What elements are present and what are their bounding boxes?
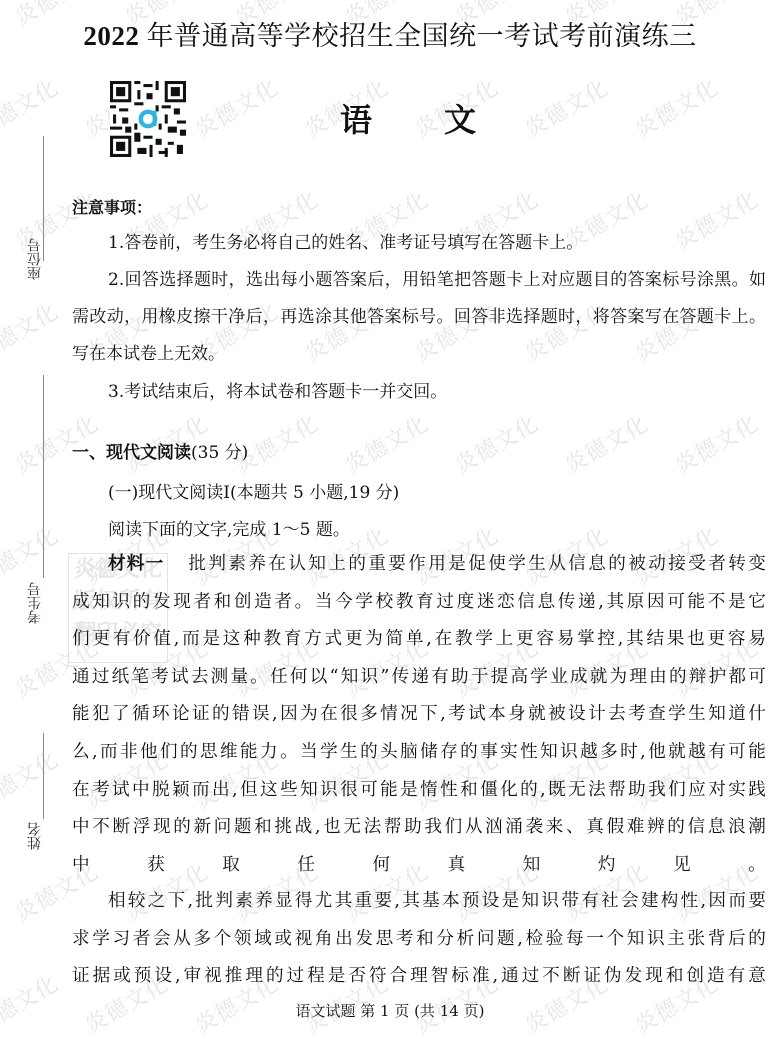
section-score: (35 分): [191, 443, 248, 463]
notice-item: 3.考试结束后，将本试卷和答题卡一并交回。: [72, 374, 766, 411]
material-one-continued: 相较之下,批判素养显得尤其重要,其基本预设是知识带有社会建构性,因而要求学习者会…: [72, 883, 768, 996]
notice-item: 2.回答选择题时，选出每小题答案后，用铅笔把答题卡上对应题目的答案标号涂黑。如需…: [72, 262, 766, 373]
qr-code-icon[interactable]: [110, 81, 186, 157]
seat-number-label: 座位号: [25, 238, 45, 280]
reading-instruction: 阅读下面的文字,完成 1～5 题。: [108, 515, 350, 540]
subject-title: 语文: [340, 95, 548, 141]
exam-title-text: 年普通高等学校招生全国统一考试考前演练三: [139, 21, 696, 51]
exam-number-line[interactable]: [43, 375, 44, 578]
material-one: 材料一 批判素养在认知上的重要作用是促使学生从信息的被动接受者转变成知识的发现者…: [72, 546, 768, 884]
name-line[interactable]: [43, 733, 44, 819]
exam-title: 2022 年普通高等学校招生全国统一考试考前演练三: [0, 14, 780, 53]
section-heading: 一、现代文阅读(35 分): [72, 438, 248, 463]
name-label: 姓名: [25, 822, 45, 850]
page-footer: 语文试题 第 1 页 (共 14 页): [0, 1000, 780, 1021]
notice-item: 1.答卷前，考生务必将自己的姓名、准考证号填写在答题卡上。: [72, 225, 766, 262]
material-paragraph: 批判素养在认知上的重要作用是促使学生从信息的被动接受者转变成知识的发现者和创造者…: [72, 554, 768, 875]
exam-year: 2022: [83, 21, 139, 51]
section-title: 一、现代文阅读: [72, 443, 191, 463]
exam-number-label: 考生号: [25, 582, 45, 624]
exam-page: 2022 年普通高等学校招生全国统一考试考前演练三: [0, 0, 780, 1039]
material-paragraph: 相较之下,批判素养显得尤其重要,其基本预设是知识带有社会建构性,因而要求学习者会…: [72, 883, 768, 996]
notice-heading: 注意事项：: [72, 195, 152, 218]
material-label: 材料一: [108, 554, 164, 574]
subsection-heading: (一)现代文阅读Ⅰ(本题共 5 小题,19 分): [108, 478, 399, 503]
